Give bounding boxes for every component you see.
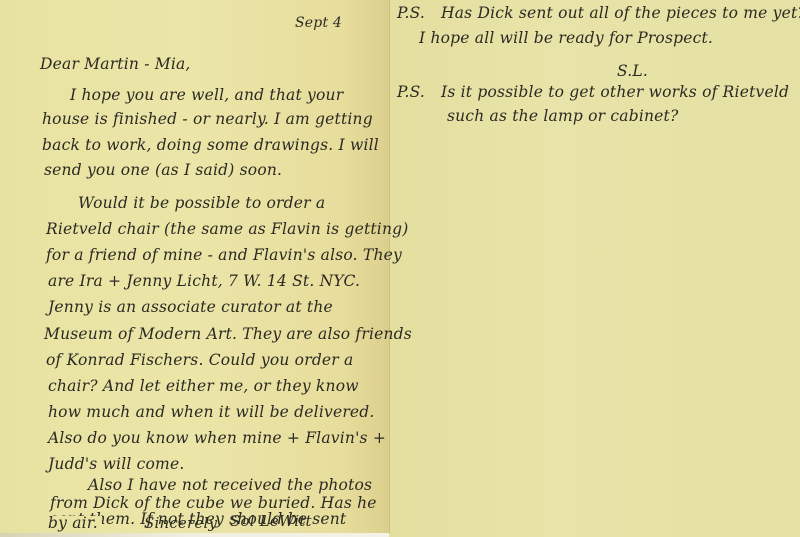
letter-line: for a friend of mine - and Flavin's also… bbox=[46, 248, 402, 264]
letter-line: back to work, doing some drawings. I wil… bbox=[42, 138, 379, 154]
letter-line: I hope you are well, and that your bbox=[70, 88, 343, 104]
letter-line: Judd's will come. bbox=[48, 457, 184, 473]
letter-line: sent them. If not they should be sent bbox=[50, 512, 346, 528]
ps-line: Is it possible to get other works of Rie… bbox=[441, 85, 789, 101]
letter-page-right: P.S. Has Dick sent out all of the pieces… bbox=[389, 0, 800, 537]
letter-page-left: Sept 4 Dear Martin - Mia, I hope you are… bbox=[0, 0, 389, 533]
page-bottom-edge bbox=[0, 533, 389, 537]
letter-line: of Konrad Fischers. Could you order a bbox=[46, 353, 354, 369]
ps-line: I hope all will be ready for Prospect. bbox=[419, 31, 713, 47]
letter-date: Sept 4 bbox=[295, 16, 342, 30]
letter-line: are Ira + Jenny Licht, 7 W. 14 St. NYC. bbox=[48, 274, 360, 290]
letter-line: house is finished - or nearly. I am gett… bbox=[42, 112, 373, 128]
letter-scan: Sept 4 Dear Martin - Mia, I hope you are… bbox=[0, 0, 800, 537]
letter-line: Rietveld chair (the same as Flavin is ge… bbox=[46, 222, 409, 238]
ps-line: such as the lamp or cabinet? bbox=[447, 109, 678, 125]
letter-line: Museum of Modern Art. They are also frie… bbox=[44, 327, 412, 343]
ps-label: P.S. bbox=[397, 85, 425, 101]
letter-line: Also do you know when mine + Flavin's + bbox=[48, 431, 386, 447]
letter-line: send you one (as I said) soon. bbox=[44, 163, 282, 179]
ps-initials: S.L. bbox=[617, 64, 648, 80]
letter-line: Also I have not received the photos bbox=[88, 478, 372, 494]
ps-label: P.S. bbox=[397, 6, 425, 22]
letter-line: Would it be possible to order a bbox=[78, 196, 325, 212]
salutation: Dear Martin - Mia, bbox=[40, 57, 191, 73]
letter-line: how much and when it will be delivered. bbox=[48, 405, 375, 421]
letter-line: Jenny is an associate curator at the bbox=[48, 300, 333, 316]
letter-line: chair? And let either me, or they know bbox=[48, 379, 359, 395]
ps-line: Has Dick sent out all of the pieces to m… bbox=[441, 6, 800, 22]
